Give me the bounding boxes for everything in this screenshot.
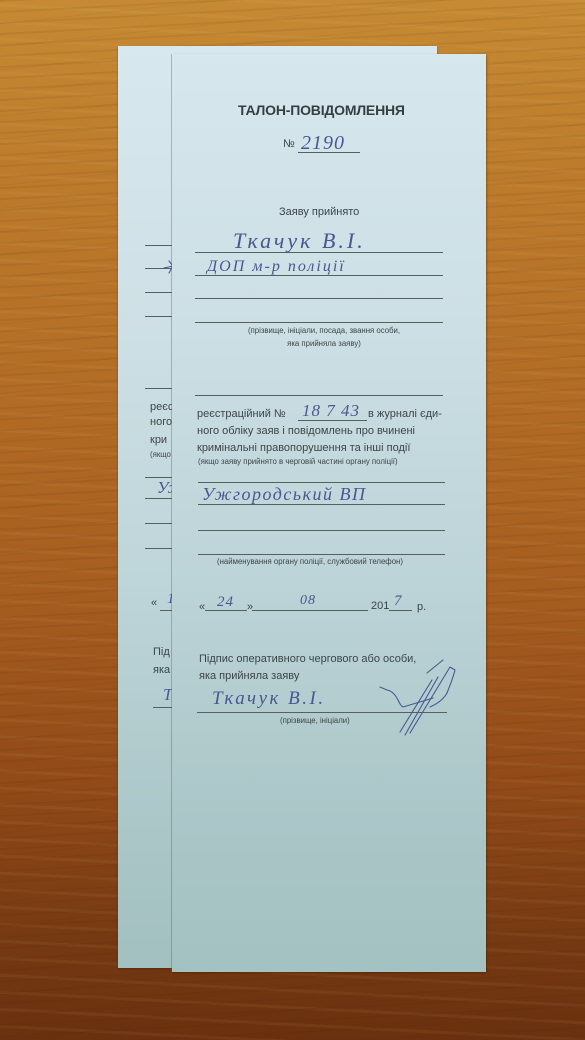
front-sheet: ТАЛОН-ПОВІДОМЛЕННЯ № 2190 Заяву прийнято… — [172, 54, 486, 972]
date-close-quote: » — [247, 602, 253, 613]
date-month-underline — [252, 610, 368, 611]
accepted-by-caption-2: яка прийняла заяву) — [172, 340, 476, 348]
registration-number-underline — [298, 420, 367, 421]
registration-top-rule — [195, 395, 443, 396]
police-unit-rule — [198, 482, 445, 483]
handwritten-signature-icon — [377, 654, 467, 754]
accepted-by-caption-1: (прізвище, ініціали, посада, звання особ… — [172, 327, 476, 335]
back-reg-fragment-3: кри — [150, 435, 167, 446]
police-unit-name: Ужгородський ВП — [202, 485, 366, 503]
date-day: 24 — [217, 595, 234, 610]
back-reg-fragment-2: ного — [150, 417, 172, 428]
accepted-by-rule — [195, 298, 443, 299]
number-label: № — [283, 139, 295, 150]
back-date-quote: « — [151, 598, 157, 609]
signature-name: Ткачук В.І. — [212, 689, 326, 708]
document-title: ТАЛОН-ПОВІДОМЛЕННЯ — [238, 103, 405, 117]
back-reg-note-fragment: (якщо — [150, 451, 171, 459]
accepted-by-rule — [195, 322, 443, 323]
accepted-by-position: ДОП м-р поліції — [207, 259, 346, 275]
back-sig-fragment-1: Під — [153, 647, 170, 658]
registration-suffix: в журналі єди- — [368, 409, 442, 420]
date-year-suffix: 7 — [394, 594, 402, 609]
date-day-underline — [205, 610, 247, 611]
registration-prefix: реєстраційний № — [197, 409, 286, 420]
date-year-abbr: р. — [417, 602, 426, 613]
accepted-by-rule — [195, 275, 443, 276]
registration-line-3: кримінальні правопорушення та інші події — [197, 443, 410, 454]
back-sig-fragment-2: яка — [153, 665, 170, 676]
accepted-label: Заяву прийнято — [279, 207, 359, 218]
police-unit-rule — [198, 530, 445, 531]
registration-note: (якщо заяву прийнято в черговій частині … — [198, 458, 398, 466]
date-year-prefix: 201 — [371, 601, 389, 612]
police-unit-rule — [198, 554, 445, 555]
back-reg-fragment-1: реєс — [150, 402, 173, 413]
date-year-underline — [389, 610, 412, 611]
number-value: 2190 — [301, 133, 345, 153]
date-month: 08 — [300, 594, 316, 608]
signature-label-2: яка прийняла заяву — [199, 671, 299, 682]
photo-scene: реєс ного кри (якщо Уж « 1 Під яка Т ТАЛ… — [0, 0, 585, 1040]
police-unit-caption: (найменування органу поліції, службовий … — [217, 558, 403, 566]
date-open-quote: « — [199, 602, 205, 613]
accepted-by-rule — [195, 252, 443, 253]
police-unit-rule — [198, 504, 445, 505]
registration-line-2: ного обліку заяв і повідомлень про вчине… — [197, 426, 415, 437]
accepted-by-name: Ткачук В.І. — [233, 230, 366, 252]
signature-caption: (прізвище, ініціали) — [280, 717, 350, 725]
registration-number: 18 7 43 — [302, 402, 360, 419]
